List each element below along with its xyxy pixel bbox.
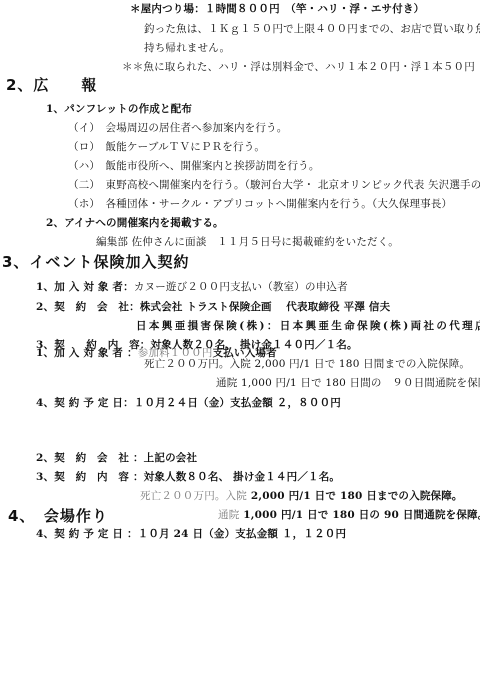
value: 株式会社 トラスト保険企画 代表取締役 平澤 信夫 <box>140 301 391 313</box>
insurance-a-agency: 日本興亜損害保険(株)：日本興亜生命保険(株)両社の代理店 <box>136 319 480 333</box>
label: 3、契 約 内 容 ： <box>36 471 144 483</box>
indoor-fishing-line: ＊屋内つり場：１時間８００円 （竿・ハリ・浮・エサ付き） <box>130 2 424 16</box>
insurance-a-coverage-2: 通院 1,000 円/1 日で 180 日間の ９０日間通院を保障。 <box>216 376 480 390</box>
pr-item-ro: （ロ） 飯能ケーブルＴＶにＰＲを行う。 <box>68 140 265 154</box>
pr-item-ho: （ホ） 各種団体・サークル・アプリコットへ開催案内を行う。（大久保理事長） <box>68 197 452 211</box>
fish-buyback-line: 釣った魚は、１Ｋｇ１５０円で上限４００円までの、お店で買い取り魚は <box>144 22 480 36</box>
section-4-heading: 4、 会場作り <box>8 507 108 525</box>
pr-item-ha: （ハ） 飯能市役所へ、開催案内と挨拶訪問を行う。 <box>68 159 320 173</box>
label: 4、契 約 予 定 日： <box>36 397 134 409</box>
pr-item-i: （イ） 会場周辺の居住者へ参加案内を行う。 <box>68 121 287 135</box>
section-3-heading: 3、イベント保険加入契約 <box>2 253 189 271</box>
insurance-b-company: 2、契 約 会 社 ：上記の会社 <box>36 451 197 465</box>
section-2-heading: 2、広 報 <box>6 76 97 94</box>
insurance-b-coverage-2: 通院 1,000 円/1 日で 180 日の 90 日間通院を保障。 <box>218 508 480 522</box>
label: 1、加 入 対 象 者 ： <box>36 347 138 359</box>
hospital-text: 2,000 円/1 日で 180 日までの入院保障。 <box>247 490 463 502</box>
aina-note: 編集部 佐仲さんに面談 １１月５日号に掲載確約をいただく。 <box>96 235 399 249</box>
insurance-b-contents: 3、契 約 内 容 ：対象人数８０名、 掛け金１４円／１名。 <box>36 470 340 484</box>
insurance-a-company: 2、契 約 会 社：株式会社 トラスト保険企画 代表取締役 平澤 信夫 <box>36 300 390 314</box>
insurance-b-subject: 1、加 入 対 象 者 ：参加料１００円支払い入場者 <box>36 346 277 360</box>
value: 支払い入場者 <box>213 347 277 359</box>
fee-text: 参加料１００円 <box>138 347 213 359</box>
insurance-a-date: 4、契 約 予 定 日：１０月２４日（金）支払金額 ２，８００円 <box>36 396 341 410</box>
label: 1、加 入 対 象 者： <box>36 281 134 293</box>
extra-charge-line: ＊＊魚に取られた、ハリ・浮は別料金で、ハリ１本２０円・浮１本５０円 <box>122 60 475 74</box>
label: 2、契 約 会 社 ： <box>36 452 144 464</box>
outpatient-text: 1,000 円/1 日で 180 日の 90 日間通院を保障。 <box>239 509 480 521</box>
value: カヌー遊び２００円支払い（教室）の申込者 <box>134 281 348 293</box>
label: 4、契 約 予 定 日 ： <box>36 528 138 540</box>
value: １０月２４日（金）支払金額 ２，８００円 <box>134 397 341 409</box>
label: 2、契 約 会 社： <box>36 301 140 313</box>
insurance-a-subject: 1、加 入 対 象 者：カヌー遊び２００円支払い（教室）の申込者 <box>36 280 348 294</box>
pr-item-ni: （二） 東野高校へ開催案内を行う。（駿河台大学・ 北京オリンピック代表 矢沢選手… <box>68 178 480 192</box>
insurance-b-date: 4、契 約 予 定 日 ：１０月 24 日（金）支払金額 １，１２０円 <box>36 527 346 541</box>
fish-buyback-line-2: 持ち帰れません。 <box>144 41 230 55</box>
insurance-b-coverage-1: 死亡２００万円。入院 2,000 円/1 日で 180 日までの入院保障。 <box>140 489 463 503</box>
aina-item: 2、アイナへの開催案内を掲載する。 <box>46 216 224 230</box>
value: 対象人数８０名、 掛け金１４円／１名。 <box>144 471 340 483</box>
value: １０月 24 日（金）支払金額 １，１２０円 <box>138 528 346 540</box>
value: 上記の会社 <box>144 452 198 464</box>
pamphlet-item: 1、パンフレットの作成と配布 <box>46 102 192 116</box>
outpatient-label: 通院 <box>218 509 239 521</box>
death-text: 死亡２００万円。入院 <box>140 490 247 502</box>
